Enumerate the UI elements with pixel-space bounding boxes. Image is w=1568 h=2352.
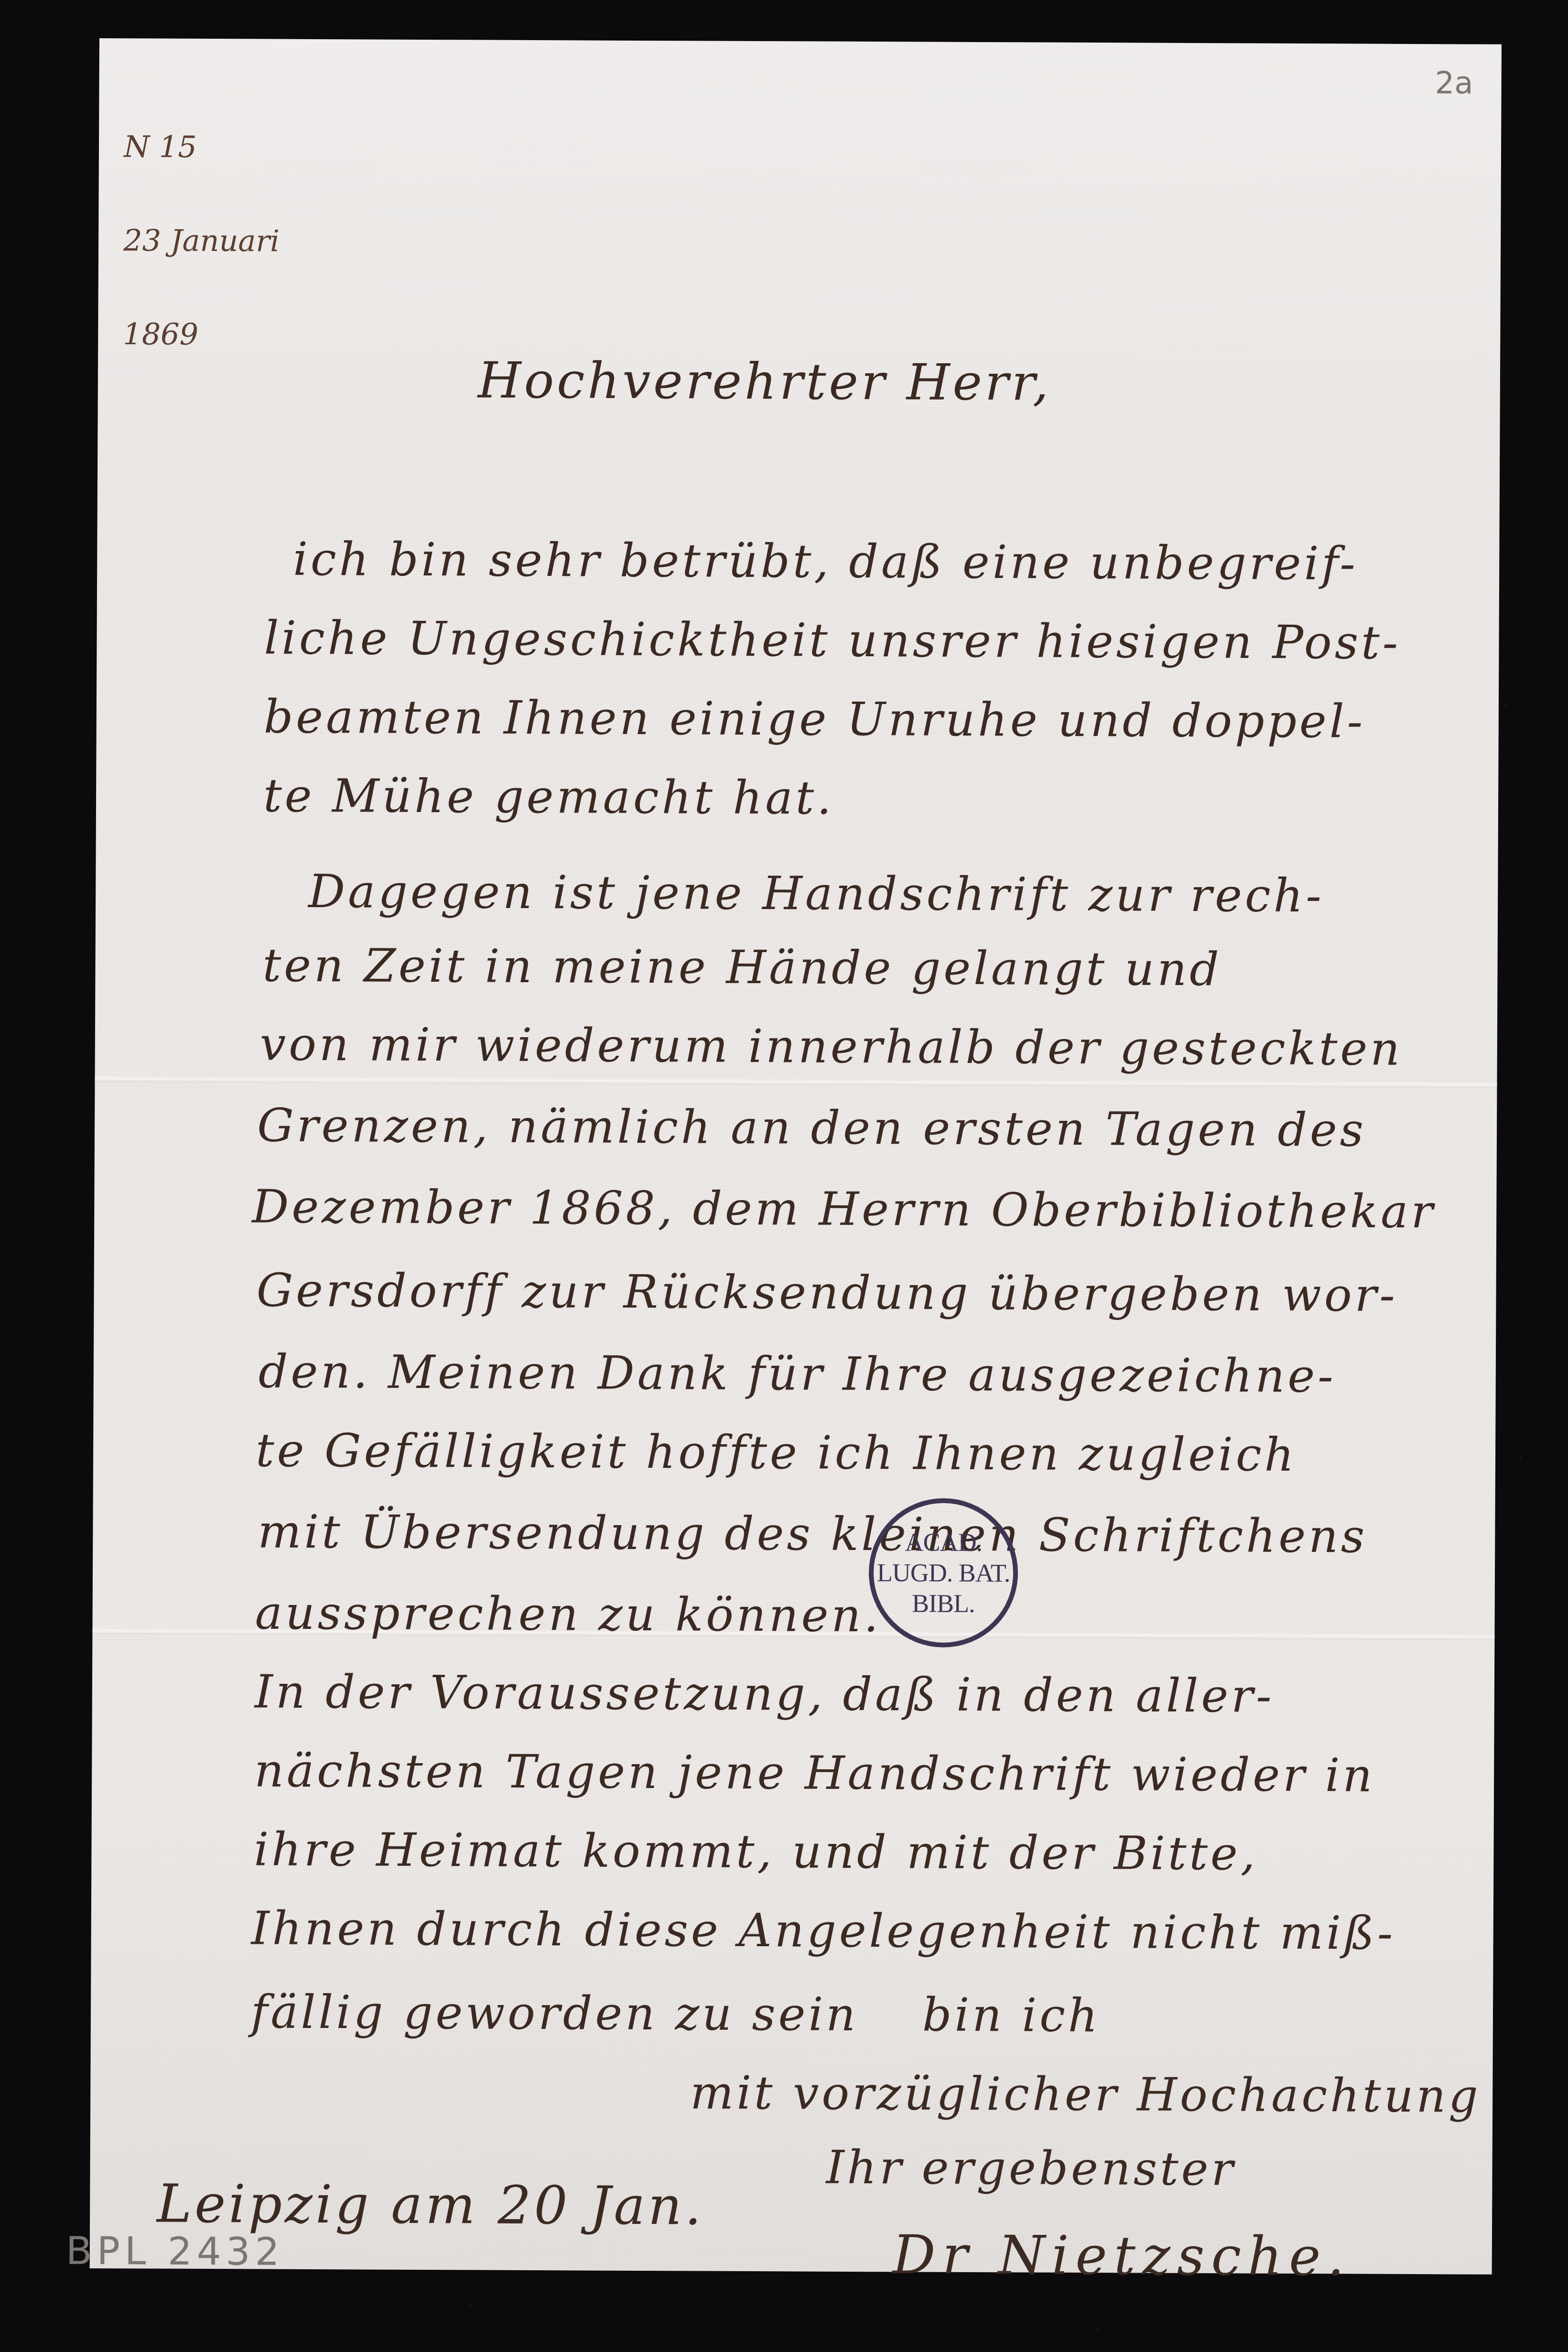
body-line-18: Ihnen durch diese Angelegenheit nicht mi… (251, 1905, 1396, 1956)
closing-line-1: mit vorzüglicher Hochachtung (690, 2070, 1481, 2119)
body-line-4: te Mühe gemacht hat. (263, 773, 834, 821)
greeting: Hochverehrter Herr, (478, 355, 1052, 407)
body-line-17: ihre Heimat kommt, und mit der Bitte, (254, 1826, 1258, 1876)
body-line-16: nächsten Tagen jene Handschrift wieder i… (254, 1747, 1375, 1798)
library-stamp: ACAD. LUGD. BAT. BIBL. (868, 1498, 1018, 1647)
folio-mark: 2a (1435, 68, 1473, 98)
body-line-9: Dezember 1868, dem Herrn Oberbibliotheka… (252, 1183, 1436, 1235)
body-line-19: fällig geworden zu sein (251, 1989, 859, 2038)
archive-note-date: 23 Januari (123, 217, 280, 264)
body-line-10: Gersdorff zur Rücksendung übergeben wor- (256, 1267, 1398, 1318)
body-line-12: te Gefälligkeit hoffte ich Ihnen zugleic… (256, 1427, 1297, 1478)
stamp-line-3: BIBL. (912, 1588, 975, 1619)
archive-note-year: 1869 (123, 311, 279, 358)
stamp-line-1: ACAD. (905, 1527, 982, 1558)
closing-bin-ich: bin ich (922, 1992, 1101, 2039)
letter-sheet: N 15 23 Januari 1869 2a Hochverehrter He… (90, 38, 1502, 2275)
archive-note-number: N 15 (124, 123, 280, 171)
closing-line-2: Ihr ergebenster (826, 2145, 1236, 2192)
body-line-11: den. Meinen Dank für Ihre ausgezeichne- (259, 1348, 1336, 1399)
body-line-5: Dagegen ist jene Handschrift zur rech- (308, 868, 1324, 919)
body-line-8: Grenzen, nämlich an den ersten Tagen des (257, 1102, 1366, 1153)
place-date: Leipzig am 20 Jan. (157, 2178, 704, 2233)
body-line-15: In der Voraussetzung, daß in den aller- (255, 1669, 1275, 1719)
shelfmark: BPL 2432 (66, 2232, 284, 2271)
body-line-13: mit Übersendung des kleinen Schriftchens (258, 1508, 1367, 1559)
signature: Dr Nietzsche. (893, 2228, 1352, 2284)
body-line-3: beamten Ihnen einige Unruhe und doppel- (264, 694, 1366, 745)
body-line-1: ich bin sehr betrübt, daß eine unbegreif… (293, 536, 1358, 587)
archive-note: N 15 23 Januari 1869 (123, 76, 281, 405)
body-line-7: von mir wiederum innerhalb der gesteckte… (260, 1021, 1403, 1072)
body-line-6: ten Zeit in meine Hände gelangt und (262, 943, 1222, 993)
body-line-14: aussprechen zu können. (255, 1590, 881, 1638)
fold-crease-upper (95, 1075, 1497, 1088)
stamp-line-2: LUGD. BAT. (877, 1557, 1010, 1588)
body-line-2: liche Ungeschicktheit unsrer hiesigen Po… (264, 615, 1401, 666)
